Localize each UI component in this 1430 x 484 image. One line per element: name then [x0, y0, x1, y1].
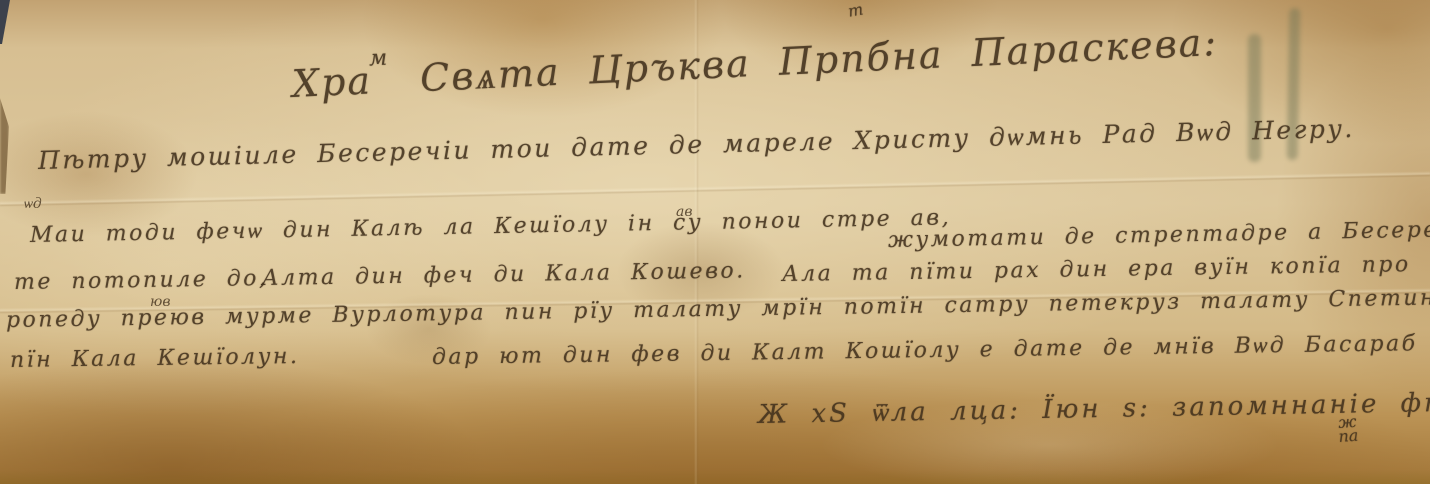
scribal-corner-mark: ж па [1337, 415, 1359, 444]
title-word-hram: Хра [291, 58, 373, 106]
manuscript-photo: т Храм Свѧта Цръква Прпбна Параскева: Пѣ… [0, 0, 1430, 484]
superscript-abbreviation: ѡд [24, 196, 42, 213]
body-line-4-left: пїн Кала Кешїолун. [10, 344, 300, 373]
title-superscript-m: м [368, 46, 389, 72]
body-line-2-left: те потопиле до, [14, 266, 269, 295]
flourish-mark: т [846, 0, 864, 21]
corner-mark-bottom: па [1338, 426, 1359, 446]
